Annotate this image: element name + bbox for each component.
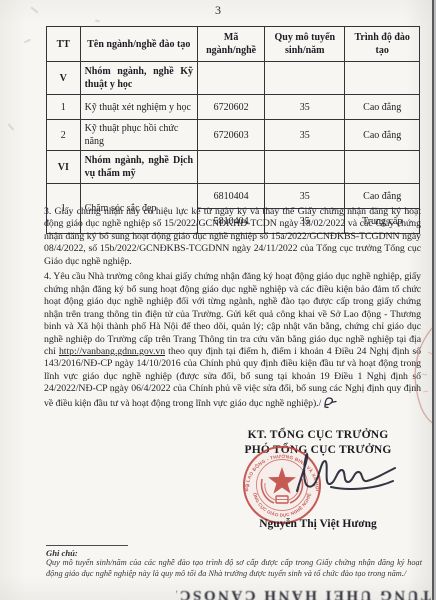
cell-quota: 35 <box>265 120 345 151</box>
page-number: 3 <box>0 3 436 18</box>
table-row: 1 Chăm sóc sắc đẹp 6810404 35 Cao đẳng <box>47 184 420 209</box>
cell-tt: 2 <box>47 120 81 151</box>
table-row: 1 Kỹ thuật xét nghiệm y học 6720602 35 C… <box>47 95 420 120</box>
cell-tt: V <box>47 62 81 95</box>
cell-tt: 1 <box>47 95 81 120</box>
training-programs-table: TT Tên ngành/nghề đào tạo Mã ngành/nghề … <box>46 26 420 234</box>
footnote-text: Quy mô tuyển sinh/năm của các nghề đào t… <box>46 558 422 579</box>
table-header-row: TT Tên ngành/nghề đào tạo Mã ngành/nghề … <box>47 27 420 62</box>
cell-name: Nhóm ngành, nghề Dịch vụ thẩm mỹ <box>80 151 197 184</box>
cell-level: Cao đẳng <box>345 95 420 120</box>
cell-level: Cao đẳng <box>345 184 420 209</box>
footnote-divider <box>46 545 128 546</box>
scan-artifact <box>8 123 15 130</box>
cell-name: Nhóm ngành, nghề Kỹ thuật y học <box>80 62 197 95</box>
cell-code <box>198 151 265 184</box>
cell-quota: 35 <box>265 184 345 209</box>
scan-artifact <box>24 39 31 44</box>
body-text: 3. Giấy chứng nhận này có hiệu lực kể từ… <box>44 206 421 413</box>
cell-level <box>345 62 420 95</box>
cell-code <box>198 62 265 95</box>
col-header-name: Tên ngành/nghề đào tạo <box>80 27 197 62</box>
cell-tt: VI <box>47 151 81 184</box>
col-header-tt: TT <box>47 27 81 62</box>
footnote-label: Ghi chú: <box>46 548 78 558</box>
cell-level: Cao đẳng <box>345 120 420 151</box>
paragraph-4: 4. Yêu cầu Nhà trường công khai giấy chứ… <box>44 271 421 410</box>
col-header-code: Mã ngành/nghề <box>198 27 265 62</box>
handwritten-signature <box>291 447 403 499</box>
cell-code: 6720603 <box>198 120 265 151</box>
cell-quota <box>265 151 345 184</box>
table-row-group-v: V Nhóm ngành, nghề Kỹ thuật y học <box>47 62 420 95</box>
cell-quota <box>265 62 345 95</box>
cell-level <box>345 151 420 184</box>
cell-name: Kỹ thuật phục hồi chức năng <box>80 120 197 151</box>
cell-name: Kỹ thuật xét nghiệm y học <box>80 95 197 120</box>
table-row: 2 Kỹ thuật phục hồi chức năng 6720603 35… <box>47 120 420 151</box>
signatory-name: Nguyễn Thị Việt Hương <box>218 518 418 530</box>
paragraph-4-text: 4. Yêu cầu Nhà trường công khai giấy chứ… <box>44 271 421 357</box>
red-stamp-edge-bleed <box>408 322 434 426</box>
table-row-group-vi: VI Nhóm ngành, nghề Dịch vụ thẩm mỹ <box>47 151 420 184</box>
col-header-level: Trình độ đào tạo <box>345 27 420 62</box>
handwritten-mark <box>322 396 339 409</box>
vanbang-url-text: http://vanbang.gdnn.gov.vn <box>59 346 165 357</box>
paragraph-3: 3. Giấy chứng nhận này có hiệu lực kể từ… <box>44 206 421 268</box>
cell-code: 6810404 <box>198 184 265 209</box>
col-header-quota: Quy mô tuyển sinh/năm <box>265 27 345 62</box>
scan-artifact <box>95 19 100 22</box>
page-bleed-text: TUNG UHEI HANH CANOSCANNEI <box>176 586 431 600</box>
cell-quota: 35 <box>265 95 345 120</box>
cell-code: 6720602 <box>198 95 265 120</box>
scan-edge-line <box>432 0 434 600</box>
page-bleed-through: TUNG UHEI HANH CANOSCANNEI <box>176 586 431 600</box>
stamp-star-separator: ✳ <box>246 483 250 489</box>
signatory-title-line1: KT. TỔNG CỤC TRƯỞNG <box>218 428 418 443</box>
